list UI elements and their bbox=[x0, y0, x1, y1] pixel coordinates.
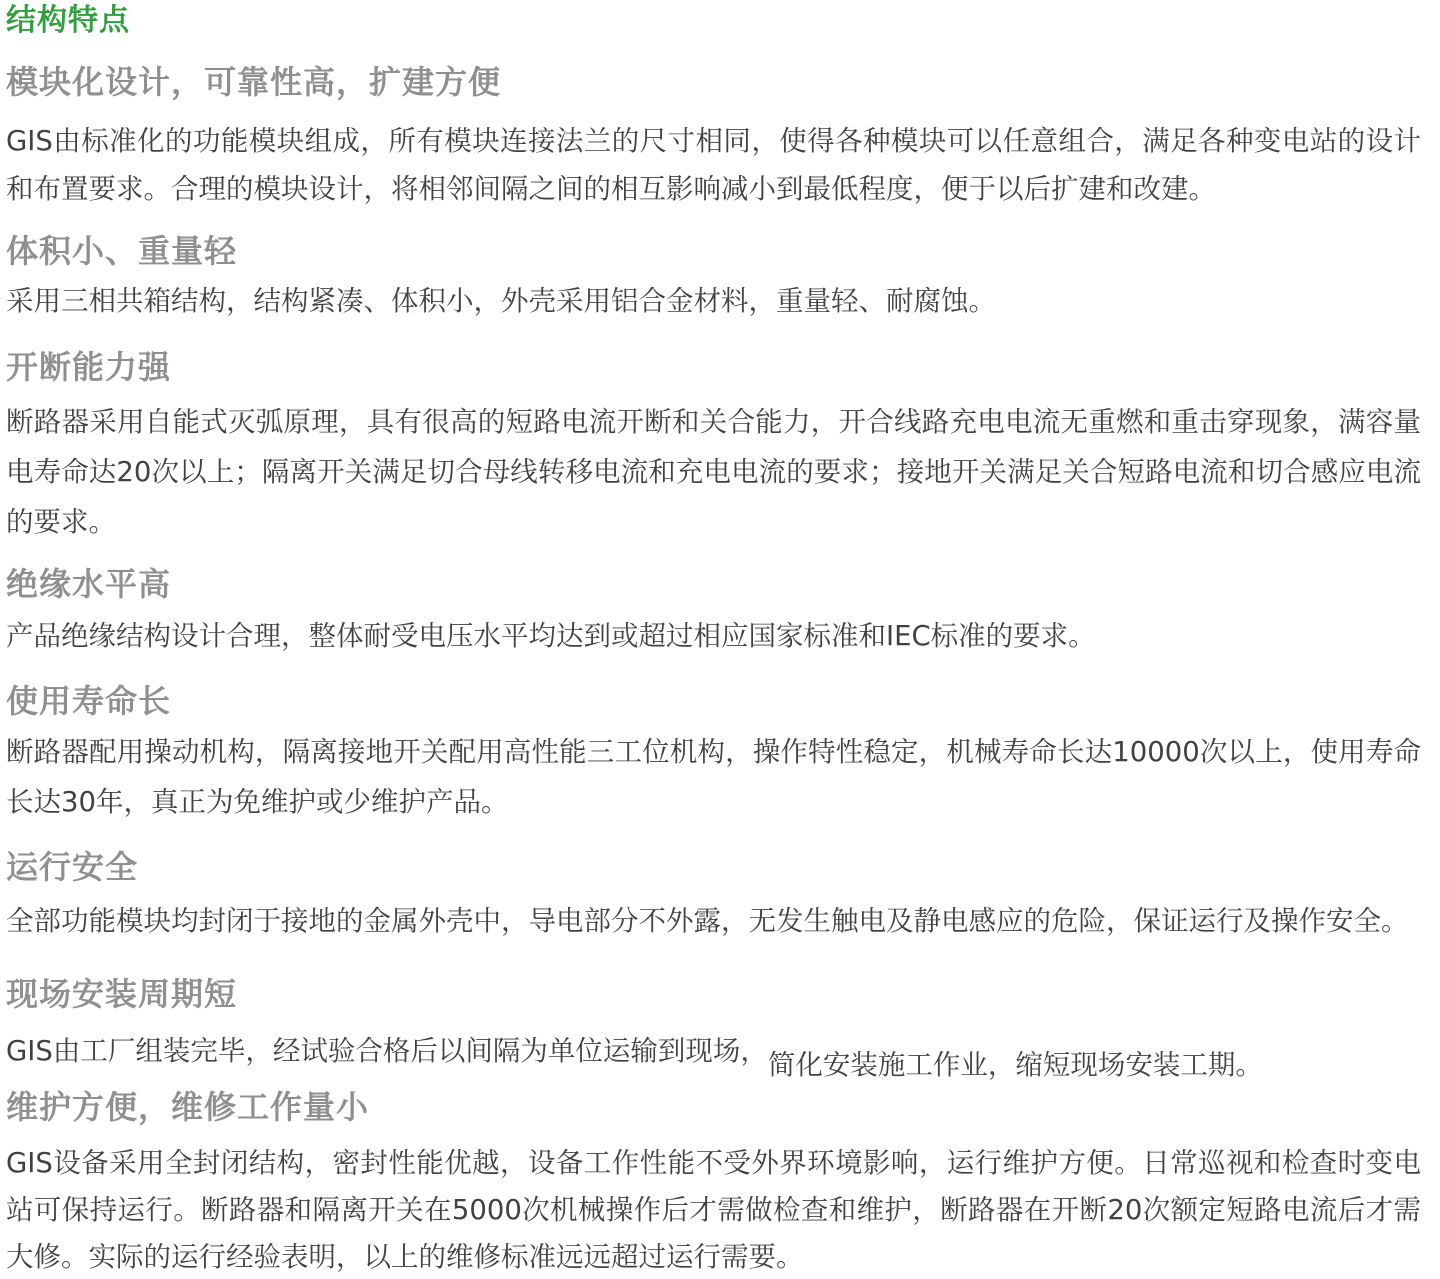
section-heading: 体积小、重量轻 bbox=[6, 231, 1421, 271]
section-body: 产品绝缘结构设计合理，整体耐受电压水平均达到或超过相应国家标准和IEC标准的要求… bbox=[6, 612, 1421, 661]
section-heading: 模块化设计，可靠性高，扩建方便 bbox=[6, 62, 1421, 102]
section-body-part2-offset: 简化安装施工作业，缩短现场安装工期。 bbox=[768, 1049, 1263, 1081]
section-heading: 运行安全 bbox=[6, 847, 1421, 887]
section-heading: 开断能力强 bbox=[6, 347, 1421, 387]
section-body: 全部功能模块均封闭于接地的金属外壳中，导电部分不外露，无发生触电及静电感应的危险… bbox=[6, 897, 1421, 946]
section-heading: 现场安装周期短 bbox=[6, 974, 1421, 1014]
page-title: 结构特点 bbox=[6, 2, 1421, 40]
section-body-part1: GIS由工厂组装完毕，经试验合格后以间隔为单位运输到现场， bbox=[6, 1035, 768, 1067]
section-heading: 维护方便，维修工作量小 bbox=[6, 1087, 1421, 1127]
section-body: GIS设备采用全封闭结构，密封性能优越，设备工作性能不受外界环境影响，运行维护方… bbox=[6, 1140, 1421, 1279]
section-heading: 使用寿命长 bbox=[6, 681, 1421, 721]
section-body: 断路器配用操动机构，隔离接地开关配用高性能三工位机构，操作特性稳定，机械寿命长达… bbox=[6, 727, 1421, 827]
section-body: 断路器采用自能式灭弧原理，具有很高的短路电流开断和关合能力，开合线路充电电流无重… bbox=[6, 397, 1421, 547]
section-body: 采用三相共箱结构，结构紧凑、体积小，外壳采用铝合金材料，重量轻、耐腐蚀。 bbox=[6, 277, 1421, 326]
section-heading: 绝缘水平高 bbox=[6, 564, 1421, 604]
document-page: 结构特点 模块化设计，可靠性高，扩建方便 GIS由标准化的功能模块组成，所有模块… bbox=[0, 0, 1440, 1279]
section-body: GIS由标准化的功能模块组成，所有模块连接法兰的尺寸相同，使得各种模块可以任意组… bbox=[6, 117, 1421, 213]
section-body: GIS由工厂组装完毕，经试验合格后以间隔为单位运输到现场，简化安装施工作业，缩短… bbox=[6, 1027, 1421, 1076]
